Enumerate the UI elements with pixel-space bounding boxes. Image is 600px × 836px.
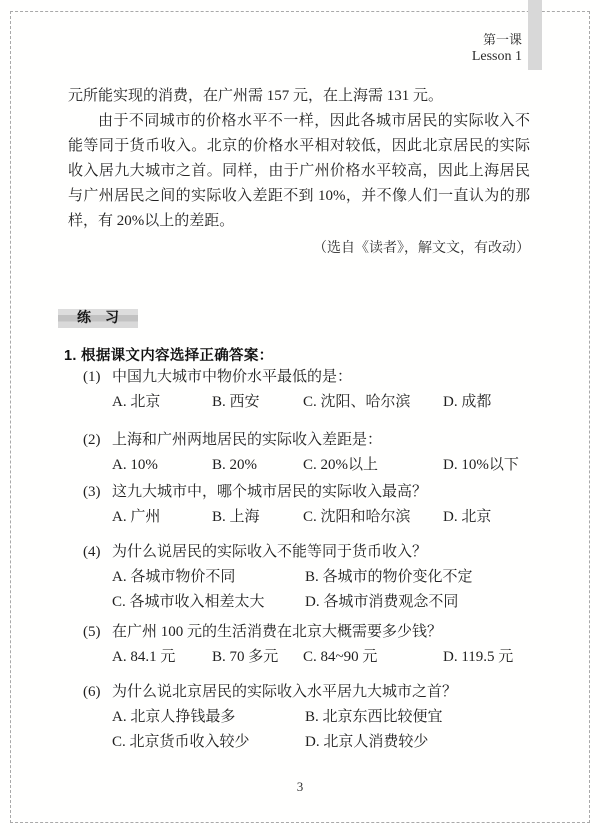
option: B. 各城市的物价变化不定 — [305, 565, 473, 590]
option: B. 70 多元 — [212, 645, 303, 670]
reading-passage: 元所能实现的消费，在广州需 157 元，在上海需 131 元。 由于不同城市的价… — [68, 84, 530, 261]
question-line: (1)中国九大城市中物价水平最低的是： — [83, 365, 555, 390]
question-number: (3) — [83, 480, 112, 505]
question-number: (1) — [83, 365, 112, 390]
exercise-instruction: 1. 根据课文内容选择正确答案： — [64, 344, 273, 365]
option-row: A. 广州B. 上海C. 沈阳和哈尔滨D. 北京 — [112, 505, 555, 530]
option: A. 各城市物价不同 — [112, 565, 305, 590]
option: C. 各城市收入相差太大 — [112, 590, 305, 615]
question-text: 上海和广州两地居民的实际收入差距是： — [112, 428, 555, 453]
option: B. 20% — [212, 453, 303, 478]
option: A. 北京人挣钱最多 — [112, 705, 305, 730]
option-row: A. 10%B. 20%C. 20%以上D. 10%以下 — [112, 453, 555, 478]
option-row: A. 各城市物价不同B. 各城市的物价变化不定 — [112, 565, 555, 590]
question-number: (5) — [83, 620, 112, 645]
question-text: 中国九大城市中物价水平最低的是： — [112, 365, 555, 390]
option: C. 20%以上 — [303, 453, 443, 478]
lesson-title-zh: 第一课 — [472, 32, 522, 48]
question-line: (3)这九大城市中，哪个城市居民的实际收入最高？ — [83, 480, 555, 505]
question-number: (4) — [83, 540, 112, 565]
question-line: (4)为什么说居民的实际收入不能等同于货币收入？ — [83, 540, 555, 565]
option: D. 119.5 元 — [443, 645, 513, 670]
passage-attribution: （选自《读者》，解文文，有改动） — [68, 236, 530, 261]
option: D. 成都 — [443, 390, 491, 415]
lesson-title-en: Lesson 1 — [472, 48, 522, 66]
option: C. 沈阳和哈尔滨 — [303, 505, 443, 530]
textbook-page: 第一课 Lesson 1 元所能实现的消费，在广州需 157 元，在上海需 13… — [0, 0, 600, 836]
question-line: (6)为什么说北京居民的实际收入水平居九大城市之首？ — [83, 680, 555, 705]
option: D. 北京 — [443, 505, 491, 530]
question: (5)在广州 100 元的生活消费在北京大概需要多少钱？A. 84.1 元B. … — [83, 620, 555, 670]
option: B. 上海 — [212, 505, 303, 530]
option: A. 广州 — [112, 505, 212, 530]
option-row: A. 北京B. 西安C. 沈阳、哈尔滨D. 成都 — [112, 390, 555, 415]
question-line: (2)上海和广州两地居民的实际收入差距是： — [83, 428, 555, 453]
option: A. 北京 — [112, 390, 212, 415]
option: C. 84~90 元 — [303, 645, 443, 670]
option: D. 各城市消费观念不同 — [305, 590, 458, 615]
option: B. 西安 — [212, 390, 303, 415]
option-row: A. 北京人挣钱最多B. 北京东西比较便宜 — [112, 705, 555, 730]
question: (2)上海和广州两地居民的实际收入差距是：A. 10%B. 20%C. 20%以… — [83, 428, 555, 478]
option: C. 北京货币收入较少 — [112, 730, 305, 755]
option: D. 北京人消费较少 — [305, 730, 428, 755]
option-row: A. 84.1 元B. 70 多元C. 84~90 元D. 119.5 元 — [112, 645, 555, 670]
option: B. 北京东西比较便宜 — [305, 705, 443, 730]
question-text: 这九大城市中，哪个城市居民的实际收入最高？ — [112, 480, 555, 505]
question: (4)为什么说居民的实际收入不能等同于货币收入？A. 各城市物价不同B. 各城市… — [83, 540, 555, 615]
option-row: C. 北京货币收入较少D. 北京人消费较少 — [112, 730, 555, 755]
running-head: 第一课 Lesson 1 — [472, 32, 522, 66]
exercise-section-badge: 练 习 — [58, 309, 138, 328]
passage-paragraph: 由于不同城市的价格水平不一样，因此各城市居民的实际收入不能等同于货币收入。北京的… — [68, 109, 530, 234]
question: (6)为什么说北京居民的实际收入水平居九大城市之首？A. 北京人挣钱最多B. 北… — [83, 680, 555, 755]
question-number: (2) — [83, 428, 112, 453]
option: C. 沈阳、哈尔滨 — [303, 390, 443, 415]
question-text: 为什么说北京居民的实际收入水平居九大城市之首？ — [112, 680, 555, 705]
option: A. 10% — [112, 453, 212, 478]
option-row: C. 各城市收入相差太大D. 各城市消费观念不同 — [112, 590, 555, 615]
question: (3)这九大城市中，哪个城市居民的实际收入最高？A. 广州B. 上海C. 沈阳和… — [83, 480, 555, 530]
question-text: 为什么说居民的实际收入不能等同于货币收入？ — [112, 540, 555, 565]
passage-continuation-line: 元所能实现的消费，在广州需 157 元，在上海需 131 元。 — [68, 84, 530, 109]
question-number: (6) — [83, 680, 112, 705]
option: D. 10%以下 — [443, 453, 519, 478]
option: A. 84.1 元 — [112, 645, 212, 670]
question: (1)中国九大城市中物价水平最低的是：A. 北京B. 西安C. 沈阳、哈尔滨D.… — [83, 365, 555, 415]
page-number: 3 — [0, 779, 600, 795]
lesson-corner-tab — [528, 0, 542, 70]
question-line: (5)在广州 100 元的生活消费在北京大概需要多少钱？ — [83, 620, 555, 645]
question-text: 在广州 100 元的生活消费在北京大概需要多少钱？ — [112, 620, 555, 645]
